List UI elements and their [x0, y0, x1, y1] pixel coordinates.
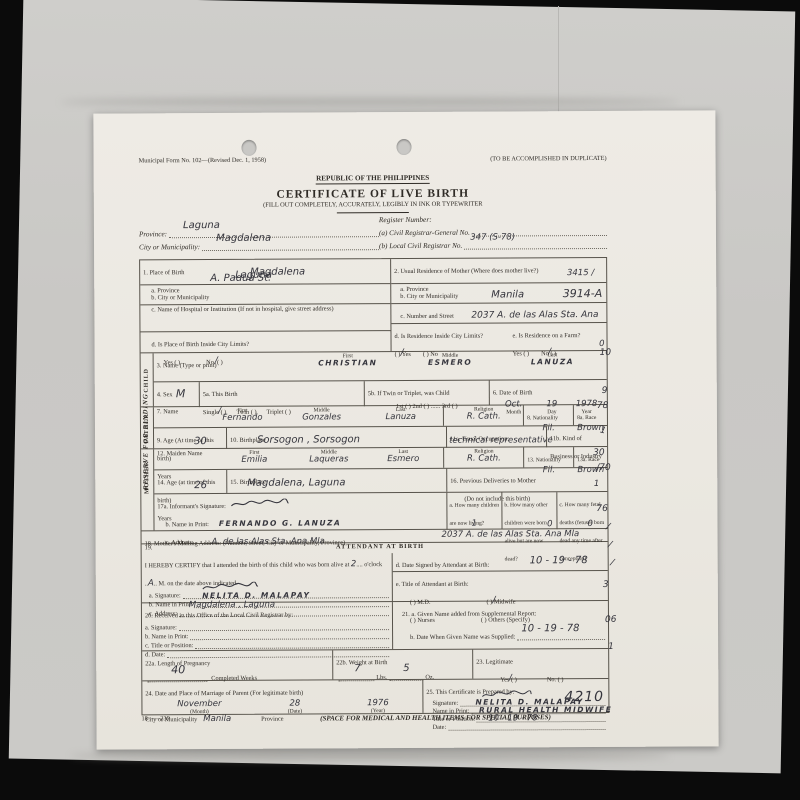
- group-mother: MOTHER 12. Maiden Name First Emilia Midd…: [141, 446, 607, 530]
- residence-municipality-label: b. City or Municipality: [400, 293, 458, 300]
- informant-name-label: b. Name in Print:: [165, 521, 208, 528]
- margin-code-1b: 1: [608, 642, 614, 652]
- father-age-cell: 9. Age (At time of this birth) Years 30: [154, 428, 226, 449]
- residence-city-limits: d. Is Residence Inside City Limits? ( ) …: [391, 323, 509, 351]
- residence-farm: e. Is Residence on a Farm? Yes ( ) No ( …: [509, 323, 606, 351]
- supplemental-date-dots: 10 - 19 - 78: [517, 632, 605, 640]
- margin-code-x70: ∕70: [596, 463, 611, 473]
- municipality-line: City or Municipality: Magdalena: [139, 243, 379, 252]
- margin-slash-1: ∕: [605, 522, 610, 532]
- date-of-birth-cell: 6. Date of Birth Oct. Month 19 Day 1978 …: [489, 380, 607, 406]
- row-father-age: 9. Age (At time of this birth) Years 30 …: [154, 425, 607, 449]
- father-religion-cell: Religion R. Cath.: [443, 405, 523, 425]
- certify-ampm-value: A: [148, 578, 154, 588]
- attendant-name-value: NELITA D. MALAPAY: [202, 592, 310, 600]
- twin-order-label: 5b. If Twin or Triplet, was Child: [368, 390, 450, 397]
- child-last-name: LANUZA: [501, 358, 603, 366]
- mailing-address-label: 18. Mother's Mailing Address: (Number, S…: [145, 539, 346, 547]
- father-side-label: FATHER: [141, 407, 154, 448]
- registrar-signature-dots: [179, 622, 389, 631]
- registrar-general-label: (a) Civil Registrar-General No.: [379, 229, 470, 237]
- father-last-name: Lanuza: [361, 413, 440, 422]
- mother-age-cell: 14. Age (at time of this birth) Years 26: [154, 470, 226, 493]
- sex-cell: 4. Sex M: [154, 382, 199, 407]
- father-name-cell: 7. Name First Fernando Middle Gonzales L…: [154, 406, 443, 428]
- local-registrar-line: (b) Local Civil Registrar No. 347 (S-78): [379, 241, 607, 250]
- mother-nationality-cell: 13. Nationality Fil.: [523, 447, 573, 467]
- residence-farm-code: 0: [599, 339, 604, 348]
- father-middle-name: Gonzales: [282, 413, 361, 422]
- form-sheet: RESERVE FOR BINDING Municipal Form No. 1…: [93, 110, 718, 749]
- certify-text: I HEREBY CERTIFY that I attended the bir…: [145, 561, 382, 587]
- marriage-label: 24. Date and Place of Marriage of Parent…: [145, 690, 303, 698]
- attendant-certify-cell: I HEREBY CERTIFY that I attended the bir…: [142, 553, 392, 603]
- weight-oz-value: 5: [403, 664, 409, 674]
- form-subtitle: (FILL OUT COMPLETELY, ACCURATELY, LEGIBL…: [139, 200, 607, 209]
- registrar-signature-label: a. Signature:: [145, 624, 177, 632]
- margin-code-9: 9: [602, 386, 608, 396]
- form-table: 1. Place of Birth a. Province Laguna b. …: [139, 257, 609, 715]
- row-pregnancy-weight: 22a. Length of Pregnancy 40 Completed We…: [142, 648, 608, 680]
- pregnancy-length-cell: 22a. Length of Pregnancy 40 Completed We…: [142, 650, 332, 680]
- mother-birthplace-cell: 15. Birthplace Magdalena, Laguna: [226, 469, 446, 493]
- place-of-birth-title: 1. Place of Birth: [143, 269, 184, 276]
- register-number-label: Register Number:: [379, 214, 607, 224]
- residence-municipality-value: Manila: [491, 290, 524, 300]
- attendant-right-cell: d. Date Signed by Attendant at Birth: 10…: [392, 552, 608, 602]
- municipality-value: Magdalena: [216, 234, 271, 244]
- previous-deliveries-label: 16. Previous Deliveries to Mother: [450, 477, 536, 484]
- row-mailing-address: 18. Mother's Mailing Address: (Number, S…: [142, 528, 608, 543]
- mother-nationality-label: 13. Nationality: [527, 457, 561, 463]
- certify-time-value: 2: [351, 559, 356, 569]
- previous-deliveries-value: 1: [594, 479, 599, 488]
- child-name-label: 3. Name (Type or print): [157, 362, 217, 369]
- birth-municipality-label: b. City or Municipality: [151, 294, 209, 301]
- fetal-deaths-value: 0: [587, 520, 592, 529]
- number-street-value: 2037 A. de las Alas Sta. Ana: [471, 311, 598, 321]
- father-name-label: 7. Name: [157, 408, 203, 426]
- maiden-name-label: 12. Maiden Name: [157, 450, 217, 468]
- divider-rule: [337, 212, 409, 213]
- father-occupation-value: technical representative: [449, 436, 553, 445]
- municipality-dots: Magdalena: [202, 243, 379, 252]
- sex-value: M: [176, 388, 186, 399]
- mother-age-value: 26: [194, 481, 207, 491]
- attendant-title-label: e. Title of Attendant at Birth:: [396, 581, 469, 588]
- this-birth-label: 5a. This Birth: [203, 391, 238, 398]
- residence-title: 2. Usual Residence of Mother (Where does…: [394, 267, 538, 275]
- children-living-cell: a. How many children are now living? 1: [446, 493, 501, 530]
- informant-cell: 17a. Informant's Signature: b. Name in P…: [154, 493, 446, 532]
- registrar-received-cell: 20. Received in this Office of the Local…: [142, 602, 392, 650]
- municipality-label: City or Municipality:: [139, 243, 200, 251]
- margin-slash-2: ∕: [607, 540, 612, 550]
- margin-code-3: 3: [603, 580, 609, 590]
- row-mother-age: 14. Age (at time of this birth) Years 26…: [154, 467, 607, 493]
- attendant-date-value: 10 - 19 - 78: [530, 556, 588, 566]
- registrar-name-dots: [190, 631, 389, 640]
- punch-hole-right: [396, 139, 411, 155]
- legitimate-cell: 23. Legitimate Yes ( )∕ No. ( ): [472, 649, 608, 679]
- birth-weight-label: 22b. Weight at Birth: [336, 659, 387, 666]
- mother-name-cell: 12. Maiden Name First Emilia Middle Laqu…: [154, 448, 443, 470]
- children-dead-cell: b. How many other children were born ali…: [501, 492, 556, 529]
- father-race-label: 8a. Race: [577, 415, 596, 421]
- section-place-of-birth: 1. Place of Birth a. Province Laguna b. …: [140, 259, 390, 352]
- residence-farm-label: e. Is Residence on a Farm?: [512, 332, 580, 339]
- mailing-address-value: 2037 A. de las Alas Sta. Ana Mla: [442, 530, 580, 539]
- margin-code-06: 06: [605, 615, 617, 625]
- section-mother-residence: 2. Usual Residence of Mother (Where does…: [390, 258, 606, 351]
- margin-slash-3: ∕: [610, 558, 615, 568]
- child-side-label: CHILD: [141, 353, 154, 406]
- form-header: Municipal Form No. 102—(Revised Dec. 1, …: [139, 155, 607, 252]
- margin-code-76: 76: [596, 504, 608, 514]
- mother-side-label: MOTHER: [141, 449, 154, 530]
- province-dots: Laguna: [169, 230, 379, 239]
- supplemental-name-label: 21. a. Given Name added from Supplementa…: [402, 610, 537, 618]
- mother-religion-value: R. Cath.: [448, 454, 521, 463]
- child-name-value-cell: First CHRISTIAN Middle ESMERO Last LANUZ…: [294, 351, 607, 381]
- sex-label: 4. Sex: [157, 391, 173, 398]
- weight-lbs-value: 7: [354, 664, 360, 674]
- scan-shadow-bottom: [70, 752, 670, 760]
- duplicate-note: (TO BE ACCOMPLISHED IN DUPLICATE): [490, 155, 606, 163]
- mother-middle-name: Laqueras: [292, 455, 366, 464]
- mother-religion-cell: Religion R. Cath.: [443, 447, 523, 467]
- informant-signature-label: 17a. Informant's Signature:: [157, 503, 226, 510]
- birth-weight-cell: 22b. Weight at Birth 7 Lbs. 5 Oz.: [332, 650, 472, 680]
- father-religion-value: R. Cath.: [447, 412, 520, 421]
- father-nationality-cell: 8. Nationality Fil.: [523, 405, 573, 425]
- supplemental-cell: 21. a. Given Name added from Supplementa…: [392, 601, 608, 649]
- registrar-name-label: b. Name in Print:: [145, 633, 188, 641]
- province-value: Laguna: [183, 221, 220, 231]
- mother-last-name: Esmero: [366, 455, 440, 464]
- informant-signature: [230, 499, 290, 509]
- group-father: FATHER 7. Name First Fernando Middle Gon…: [141, 404, 607, 448]
- footer-code: 18——239: [141, 715, 261, 724]
- father-industry-cell: 11b. Kind of Business or Industry: [546, 426, 607, 447]
- margin-code-30: 30: [593, 448, 605, 458]
- group-child: CHILD 3. Name (Type or print) First CHRI…: [141, 350, 607, 406]
- mailing-address-cell: 18. Mother's Mailing Address: (Number, S…: [142, 529, 608, 543]
- hospital-value: A. Padua St.: [210, 274, 271, 284]
- hospital-label: c. Name of Hospital or Institution (If n…: [151, 305, 381, 314]
- previous-deliveries-cell: 16. Previous Deliveries to Mother (Do no…: [446, 468, 607, 492]
- residence-municipality-code: 3914-A: [563, 288, 603, 299]
- local-registrar-value: 347 (S-78): [470, 234, 515, 243]
- legitimate-label: 23. Legitimate: [476, 658, 513, 665]
- father-first-name: Fernando: [203, 414, 282, 423]
- row-sex-birth-type: 4. Sex M 5a. This Birth Single ( )∕ Twin…: [154, 379, 607, 407]
- father-occupation-cell: 11a. Usual Occupation: technical represe…: [446, 426, 546, 448]
- child-middle-name: ESMERO: [399, 359, 501, 367]
- marriage-cell: 24. Date and Place of Marriage of Parent…: [142, 680, 422, 714]
- father-birthplace-value: Sorsogon , Sorsogon: [257, 435, 360, 446]
- children-dead-value: 0: [547, 520, 552, 529]
- backdrop-seam: [558, 6, 559, 114]
- preparer-date-dots: 10 - 19 - 78: [448, 722, 605, 731]
- province-label: Province:: [139, 231, 167, 239]
- row-mother-name: 12. Maiden Name First Emilia Middle Laqu…: [154, 447, 607, 469]
- local-registrar-dots: 347 (S-78): [464, 241, 607, 250]
- pregnancy-length-value: 40: [171, 664, 185, 675]
- mother-birthplace-value: Magdalena, Laguna: [247, 478, 345, 489]
- row-informant: 17a. Informant's Signature: b. Name in P…: [154, 491, 607, 531]
- attendant-signature-label: a. Signature:: [149, 592, 181, 600]
- registrar-title-dots: [195, 640, 389, 649]
- stamp-number: 4210: [564, 689, 604, 705]
- scanned-birth-certificate: { "colors":{"paper":"#ebe8e1","backdrop"…: [0, 0, 800, 800]
- row-registrar-supplemental: 20. Received in this Office of the Local…: [142, 600, 608, 650]
- residence-city-limits-label: d. Is Residence Inside City Limits?: [394, 333, 483, 340]
- punch-hole-left: [241, 140, 256, 156]
- row-place-and-residence: 1. Place of Birth a. Province Laguna b. …: [140, 258, 606, 352]
- birth-city-limits-label: d. Is Place of Birth Inside City Limits?: [152, 341, 250, 349]
- mother-first-name: Emilia: [217, 456, 291, 465]
- republic-heading: REPUBLIC OF THE PHILIPPINES: [316, 174, 429, 185]
- number-street-label: c. Number and Street: [400, 313, 454, 320]
- preparer-date-label: Date:: [433, 723, 447, 730]
- supplemental-date-value: 10 - 19 - 78: [521, 624, 579, 634]
- preparer-signature-label: Signature:: [432, 699, 458, 707]
- row-marriage-prepared: 24. Date and Place of Marriage of Parent…: [142, 678, 608, 714]
- local-registrar-label: (b) Local Civil Registrar No.: [379, 242, 462, 250]
- margin-code-10: 10: [600, 348, 612, 358]
- father-age-value: 30: [194, 437, 207, 447]
- supplemental-date-label: b. Date When Given Name was Supplied:: [410, 633, 515, 641]
- registrar-title-label: c. Title or Position:: [145, 642, 193, 650]
- margin-code-78: 78: [597, 401, 609, 411]
- row-child-name: 3. Name (Type or print) First CHRISTIAN …: [154, 351, 607, 381]
- child-first-name: CHRISTIAN: [297, 359, 399, 367]
- form-number: Municipal Form No. 102—(Revised Dec. 1, …: [139, 157, 267, 165]
- residence-province-code: 3415 ∕: [567, 269, 594, 278]
- informant-name-value: FERNANDO G. LANUZA: [219, 518, 341, 528]
- row-father-name: 7. Name First Fernando Middle Gonzales L…: [154, 405, 607, 427]
- scan-shadow-top: [60, 98, 680, 106]
- date-of-birth-label: 6. Date of Birth: [493, 389, 533, 396]
- child-name-label-cell: 3. Name (Type or print): [154, 353, 294, 382]
- father-nationality-label: 8. Nationality: [527, 415, 558, 421]
- section-attendant: 19. ATTENDANT AT BIRTH I HEREBY CERTIFY …: [142, 541, 608, 602]
- registrar-received-label: 20. Received in this Office of the Local…: [145, 612, 293, 620]
- children-living-value: 1: [471, 519, 476, 528]
- this-birth-cell: 5a. This Birth Single ( )∕ Twin ( ) Trip…: [199, 381, 364, 407]
- attendant-date-label: d. Date Signed by Attendant at Birth:: [396, 562, 490, 569]
- father-birthplace-cell: 10. Birthplace Sorsogon , Sorsogon: [226, 427, 446, 449]
- form-title: CERTIFICATE OF LIVE BIRTH: [139, 187, 607, 201]
- twin-order-cell: 5b. If Twin or Triplet, was Child 1st ( …: [364, 381, 489, 407]
